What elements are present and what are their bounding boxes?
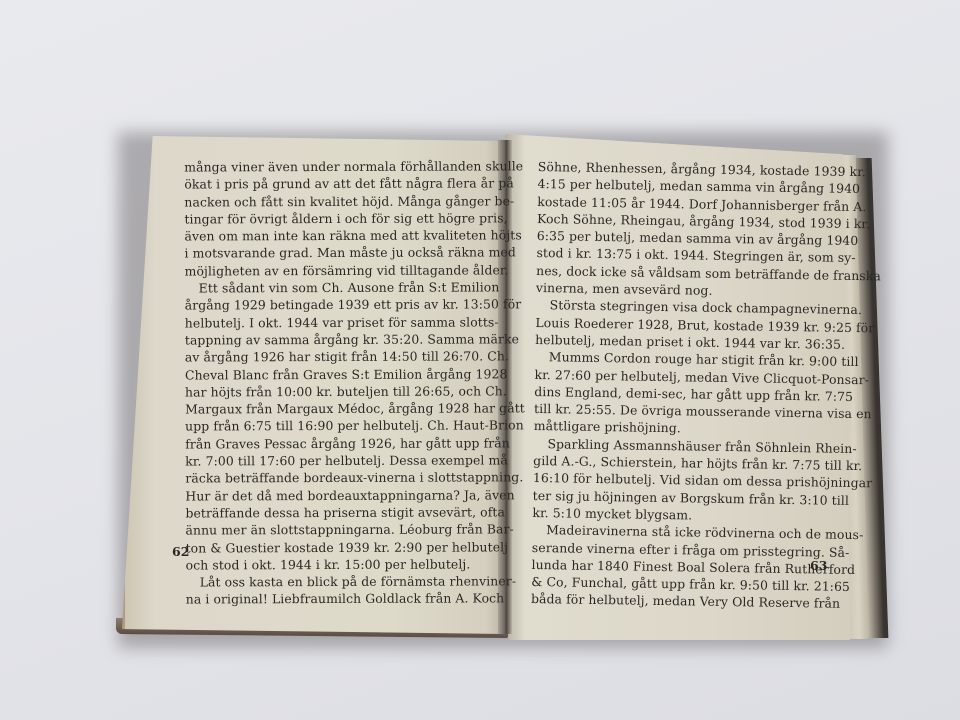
text-line: Låt oss kasta en blick på de förnämsta r…	[186, 573, 472, 591]
text-line: tingar för övrigt åldern i och för sig e…	[184, 209, 470, 227]
text-line: ännu mer än slottstappningarna. Léoburg …	[185, 521, 471, 539]
text-line: även om man inte kan räkna med att kvali…	[184, 227, 470, 245]
text-line: har höjts från 10:00 kr. buteljen till 2…	[185, 382, 471, 400]
left-page-text: många viner även under normala förhållan…	[184, 158, 472, 609]
text-line: Cheval Blanc från Graves S:t Emilion årg…	[185, 365, 471, 383]
text-line: och stod i okt. 1944 i kr. 15:00 per hel…	[186, 555, 472, 573]
page-number-right: 63	[810, 558, 827, 573]
text-line: na i original! Liebfraumilch Goldlack fr…	[186, 590, 472, 608]
text-line: ökat i pris på grund av att det fått någ…	[184, 175, 470, 193]
text-line: ton & Guestier kostade 1939 kr. 2:90 per…	[186, 538, 472, 556]
right-page-text: Söhne, Rhenhessen, årgång 1934, kostade …	[531, 158, 820, 612]
text-line: Ett sådant vin som Ch. Ausone från S:t E…	[185, 279, 471, 297]
text-line: många viner även under normala förhållan…	[184, 158, 470, 176]
text-line: räcka beträffande bordeaux-vinerna i slo…	[185, 469, 471, 487]
text-line: från Graves Pessac årgång 1926, har gått…	[185, 434, 471, 452]
page-number-left: 62	[172, 544, 189, 559]
text-line: helbutelj. I okt. 1944 var priset för sa…	[185, 313, 471, 331]
text-line: möjligheten av en försämring vid tilltag…	[185, 261, 471, 279]
text-line: tappning av samma årgång kr. 35:20. Samm…	[185, 330, 471, 348]
text-line: av årgång 1926 har stigit från 14:50 til…	[185, 348, 471, 366]
text-line: kr. 7:00 till 17:60 per helbutelj. Dessa…	[185, 452, 471, 470]
text-line: Margaux från Margaux Médoc, årgång 1928 …	[185, 400, 471, 418]
text-line: beträffande dessa ha priserna stigit avs…	[185, 503, 471, 521]
text-line: upp från 6:75 till 16:90 per helbutelj. …	[185, 417, 471, 435]
text-line: i motsvarande grad. Man måste ju också r…	[185, 244, 471, 262]
text-line: årgång 1929 betingade 1939 ett pris av k…	[185, 296, 471, 314]
text-line: nacken och fått sin kvalitet höjd. Många…	[184, 192, 470, 210]
text-line: Hur är det då med bordeauxtappningarna? …	[185, 486, 471, 504]
